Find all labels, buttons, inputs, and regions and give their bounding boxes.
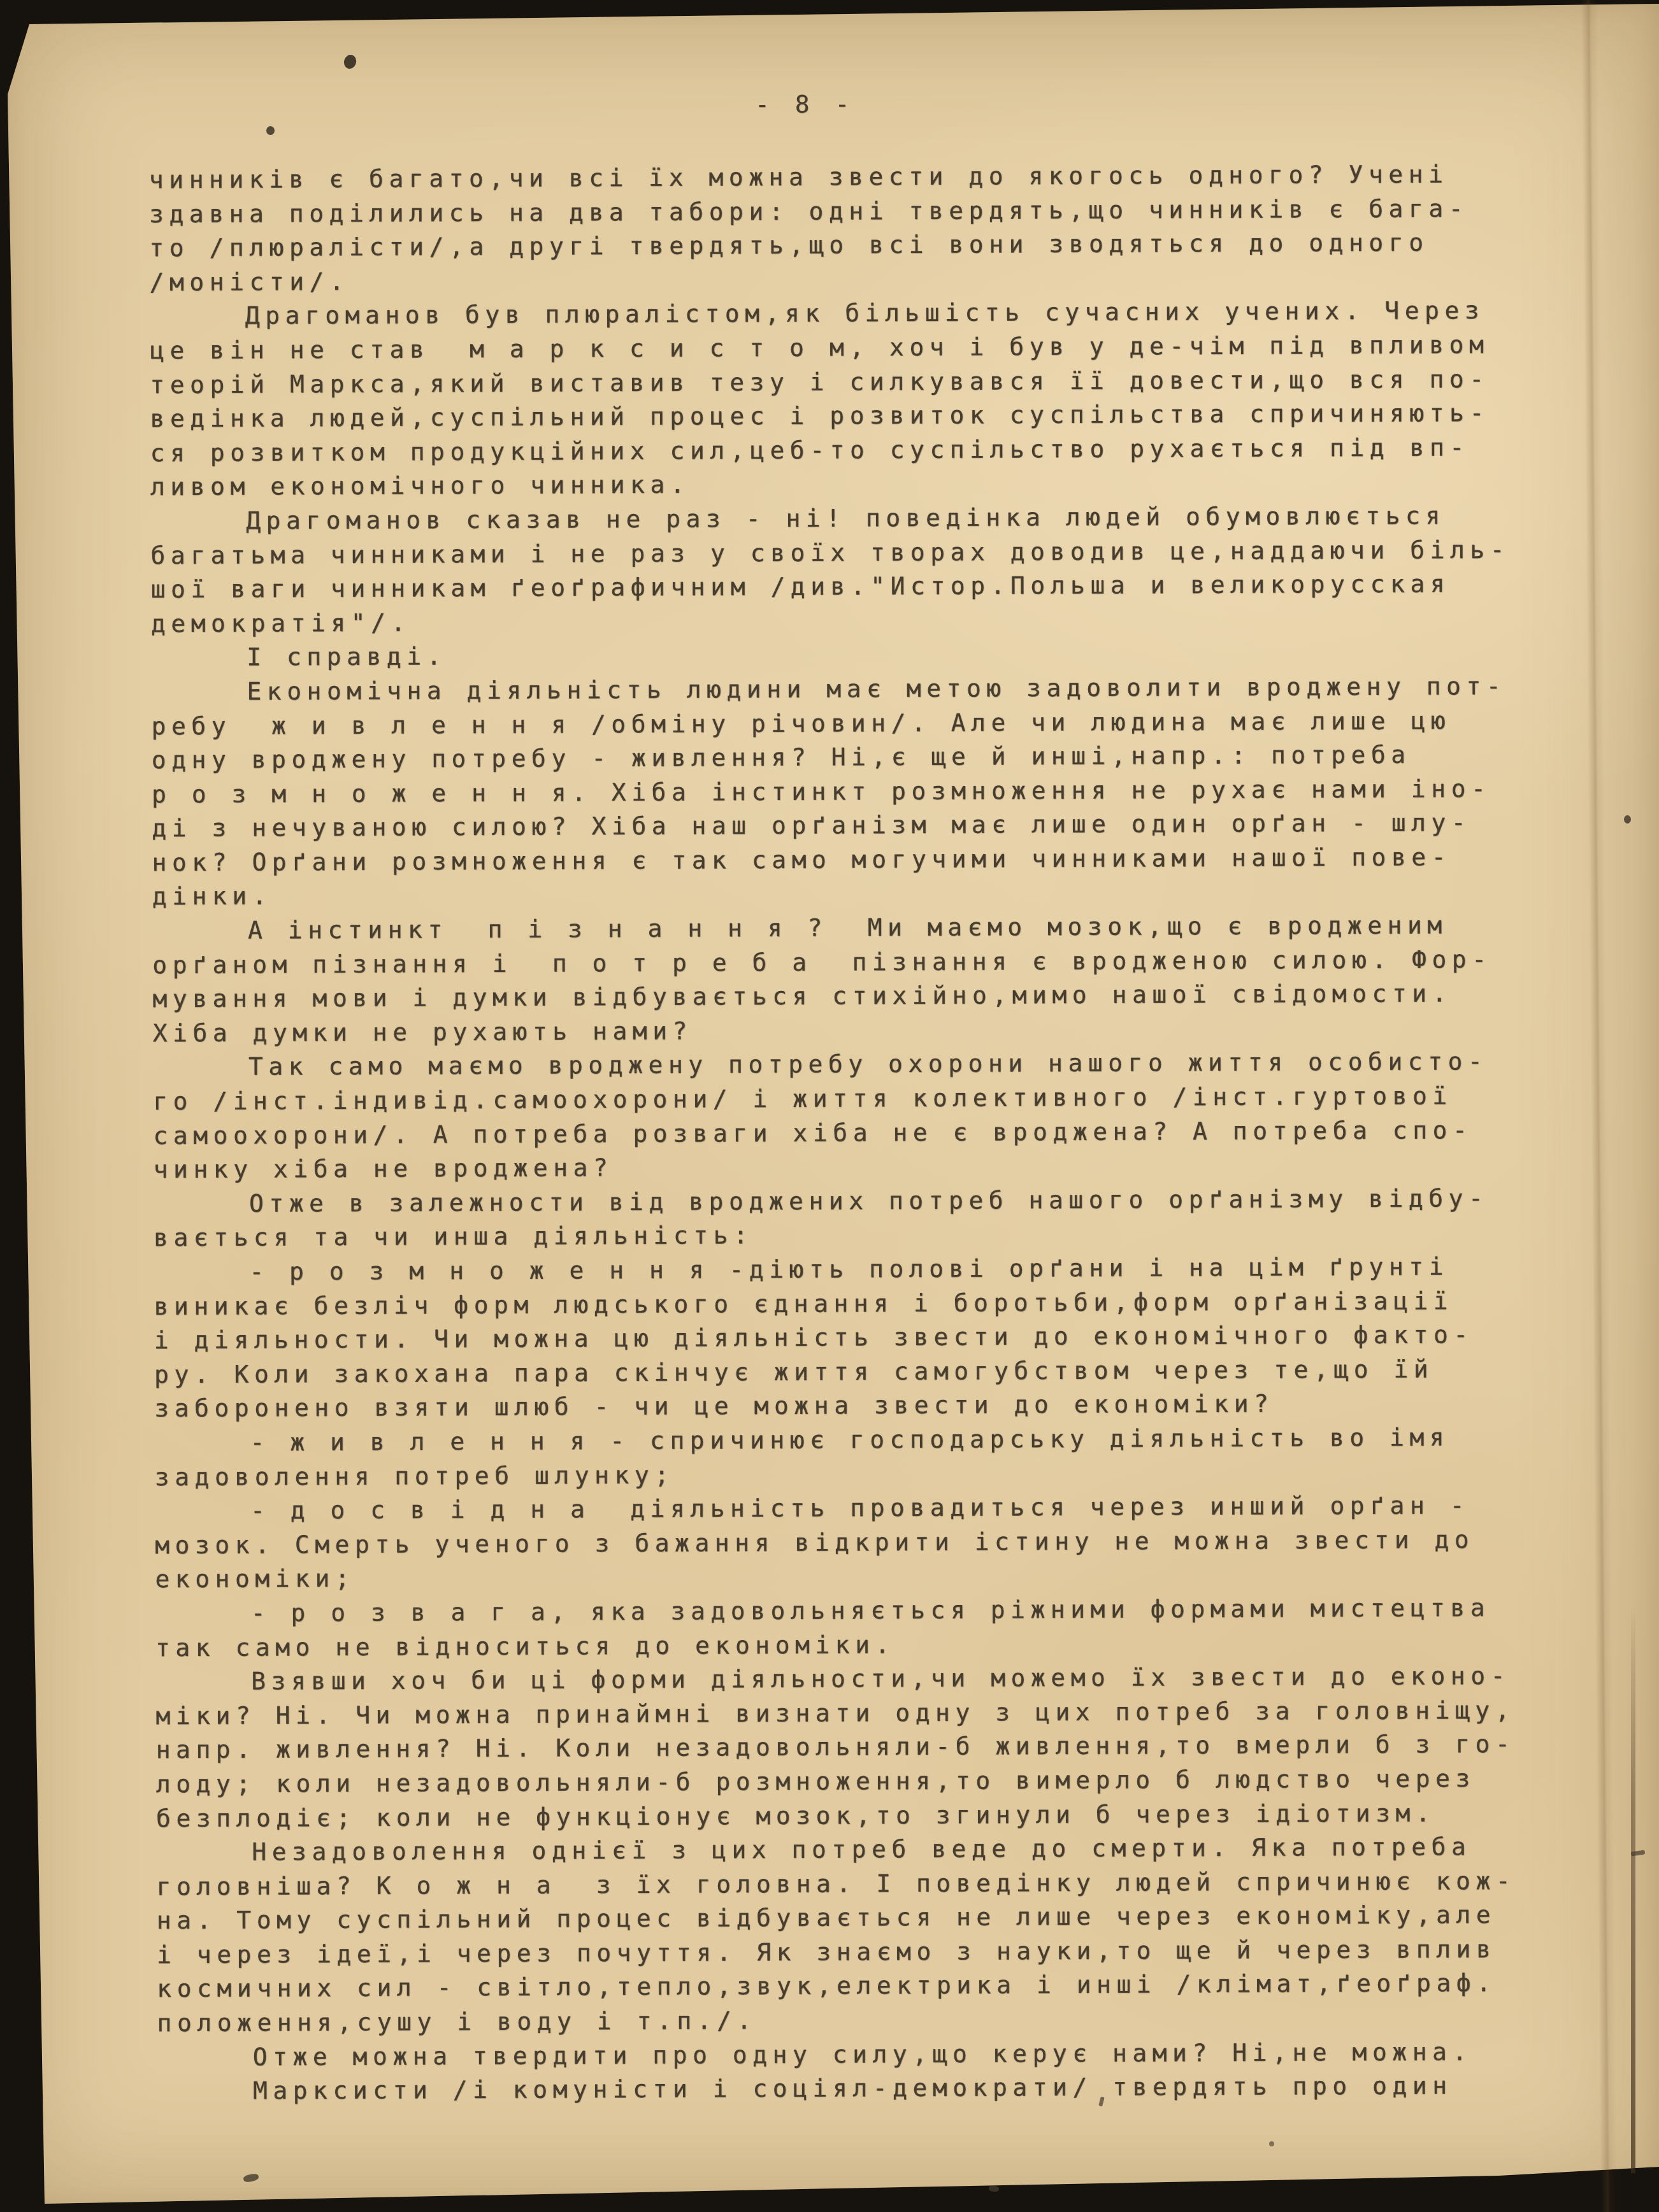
- text-line: І справді.: [151, 635, 1591, 675]
- page-number: - 8 -: [123, 87, 1486, 121]
- text-line: го /інст.індивід.самоохорони/ і життя ко…: [153, 1078, 1593, 1118]
- text-line: на. Тому суспільний процес відбувається …: [157, 1898, 1597, 1938]
- text-line: Взявши хоч би ці форми діяльности,чи мож…: [155, 1659, 1595, 1699]
- text-line: вається та чи инша діяльність:: [154, 1215, 1593, 1255]
- text-line: багатьма чинниками і не раз у своїх твор…: [150, 532, 1590, 573]
- text-line: Отже можна твердити про одну силу,що кер…: [157, 2034, 1597, 2074]
- ink-speck: [1269, 2141, 1274, 2146]
- text-line: Марксисти /і комуністи і соціял-демократ…: [157, 2069, 1597, 2109]
- text-line: А інстинкт п і з н а н н я ? Ми маємо мо…: [152, 908, 1592, 948]
- text-line: орґаном пізнання і п о т р е б а пізнанн…: [152, 942, 1592, 982]
- text-line: так само не відноситься до економіки.: [155, 1625, 1595, 1665]
- text-line: нок? Орґани розмноження є так само могуч…: [152, 839, 1591, 880]
- text-line: Економічна діяльність людини має метою з…: [151, 669, 1591, 709]
- text-line: мозок. Смерть ученого з бажання відкрити…: [155, 1522, 1595, 1562]
- text-line: мування мови і думки відбувається стихій…: [152, 976, 1592, 1017]
- text-line: Отже в залежности від вроджених потреб н…: [154, 1181, 1593, 1221]
- typewritten-text: чинників є багато,чи всі їх можна звести…: [149, 157, 1597, 2109]
- text-line: Хіба думки не рухають нами?: [153, 1010, 1593, 1050]
- text-line: положення,сушу і воду і т.п./.: [157, 2000, 1597, 2040]
- text-line: здавна поділились на два табори: одні тв…: [149, 191, 1589, 231]
- text-line: головніша? К о ж н а з їх головна. І пов…: [156, 1864, 1596, 1904]
- text-line: безплодіє; коли не функціонує мозок,то з…: [156, 1795, 1596, 1836]
- text-line: то /плюралісти/,а другі твердять,що всі …: [149, 225, 1589, 266]
- text-line: чинників є багато,чи всі їх можна звести…: [149, 157, 1589, 197]
- text-line: шої ваги чинникам ґеоґрафичним /див."Ист…: [151, 567, 1591, 607]
- text-line: ся розвитком продукційних сил,цеб-то сус…: [150, 430, 1590, 470]
- text-line: Драгоманов сказав не раз - ні! поведінка…: [150, 498, 1590, 538]
- text-line: і через ідеї,і через почуття. Як знаємо …: [157, 1932, 1597, 1972]
- text-line: - р о з в а г а, яка задовольняється ріж…: [155, 1590, 1595, 1630]
- text-line: міки? Ні. Чи можна принаймні визнати одн…: [155, 1693, 1595, 1733]
- text-line: ливом економічного чинника.: [150, 464, 1590, 504]
- text-line: - ж и в л е н н я - спричинює господарсь…: [154, 1420, 1594, 1460]
- text-line: це він не став м а р к с и с т о м, хоч …: [150, 327, 1590, 367]
- text-line: ру. Коли закохана пара скінчує життя сам…: [154, 1352, 1594, 1392]
- text-line: ведінка людей,суспільний процес і розвит…: [150, 396, 1590, 436]
- text-line: заборонено взяти шлюб - чи це можна звес…: [154, 1386, 1594, 1426]
- text-line: - д о с в і д н а діяльність провадиться…: [155, 1488, 1595, 1529]
- text-line: ді з нечуваною силою? Хіба наш орґанізм …: [152, 806, 1591, 846]
- text-line: р о з м н о ж е н н я. Хіба інстинкт роз…: [152, 771, 1591, 811]
- text-line: /моністи/.: [149, 259, 1589, 299]
- text-line: космичних сил - світло,тепло,звук,електр…: [157, 1966, 1597, 2006]
- text-line: ребу ж и в л е н н я /обміну річовин/. А…: [151, 703, 1591, 743]
- text-line: економіки;: [155, 1557, 1595, 1597]
- text-line: виникає безліч форм людського єднання і …: [154, 1283, 1593, 1324]
- text-line: - р о з м н о ж е н н я -діють полові ор…: [154, 1249, 1593, 1289]
- text-line: напр. живлення? Ні. Коли незадовольняли-…: [155, 1727, 1595, 1767]
- text-line: теорій Маркса,який виставив тезу і силку…: [150, 362, 1590, 402]
- text-line: лоду; коли незадовольняли-б розмноження,…: [156, 1761, 1596, 1801]
- text-line: задоволення потреб шлунку;: [155, 1454, 1595, 1494]
- ink-speck: [266, 126, 275, 135]
- text-line: самоохорони/. А потреба розваги хіба не …: [153, 1113, 1593, 1153]
- text-line: демократія"/.: [151, 601, 1591, 641]
- text-line: і діяльности. Чи можна цю діяльність зве…: [154, 1318, 1594, 1358]
- text-line: Драгоманов був плюралістом,як більшість …: [150, 294, 1590, 334]
- scanned-content: - 8 - чинників є багато,чи всі їх можна …: [0, 0, 1659, 2212]
- text-line: Незадоволення однієї з цих потреб веде д…: [156, 1829, 1596, 1869]
- text-line: дінки.: [152, 874, 1592, 914]
- text-line: Так само маємо вроджену потребу охорони …: [153, 1045, 1593, 1085]
- ink-speck: [1624, 815, 1631, 824]
- text-line: чинку хіба не вроджена?: [153, 1147, 1593, 1187]
- text-line: одну вроджену потребу - живлення? Ні,є щ…: [152, 737, 1591, 777]
